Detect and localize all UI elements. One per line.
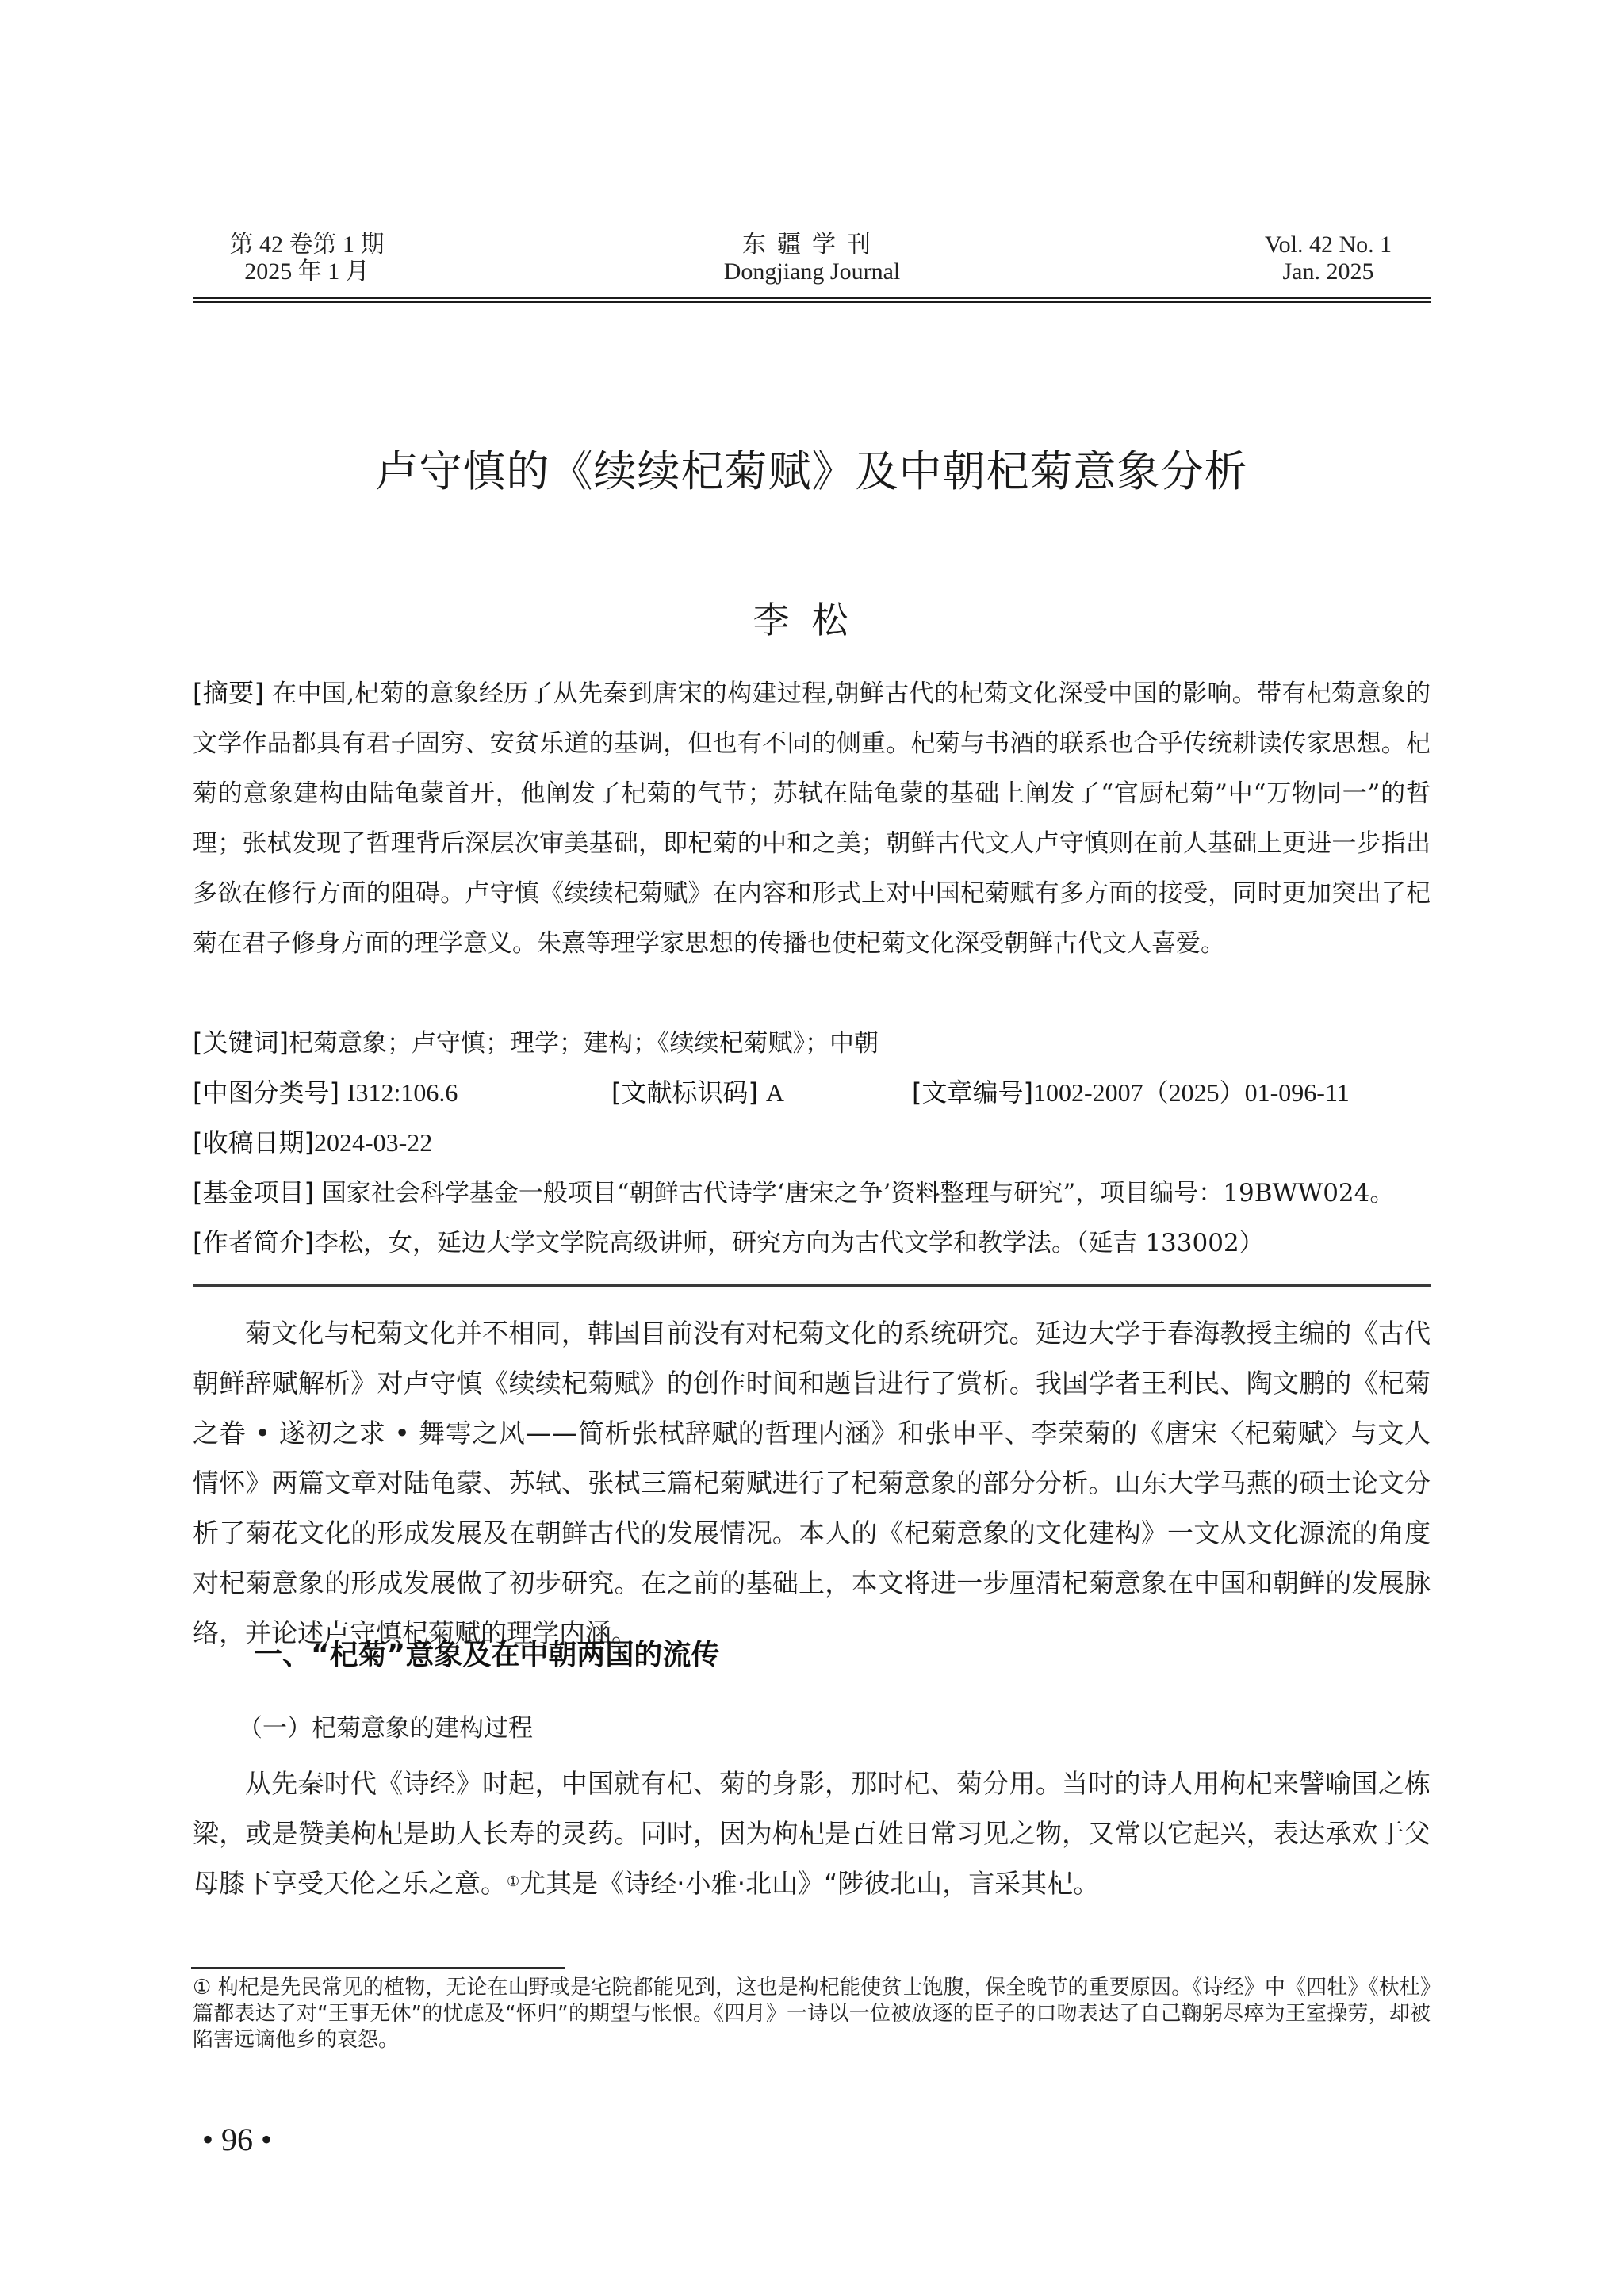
- received-date: [收稿日期]2024-03-22: [193, 1118, 1431, 1169]
- abstract-label: [摘要]: [193, 678, 264, 708]
- header-volume-en: Vol. 42 No. 1: [1237, 232, 1419, 258]
- footnote-rule: [191, 1967, 565, 1969]
- footnote-marker: ①: [193, 1976, 211, 1999]
- header-issue-info: 第 42 卷第 1 期 2025 年 1 月: [208, 232, 406, 285]
- journal-name-cn: 东疆学刊: [653, 232, 971, 258]
- article-title: 卢守慎的《续续杞菊赋》及中朝杞菊意象分析: [193, 444, 1431, 499]
- received-label: [收稿日期]: [193, 1127, 314, 1158]
- fund-text: 国家社会科学基金一般项目“朝鲜古代诗学‘唐宋之争’资料整理与研究”，项目编号：1…: [322, 1179, 1395, 1207]
- fund-label: [基金项目]: [193, 1177, 314, 1207]
- footnote-1: ① 枸杞是先民常见的植物，无论在山野或是宅院都能见到，这也是枸杞能使贫士饱腹，保…: [193, 1975, 1431, 2053]
- header-date-cn: 2025 年 1 月: [208, 258, 406, 285]
- header-rule-thin: [193, 301, 1431, 303]
- received-value: 2024-03-22: [314, 1128, 432, 1157]
- author-bio: [作者简介]李松，女，延边大学文学院高级讲师，研究方向为古代文学和教学法。（延吉…: [193, 1218, 1431, 1269]
- doc-code-value: A: [766, 1078, 784, 1107]
- header-journal-name: 东疆学刊 Dongjiang Journal: [653, 232, 971, 285]
- page-number: • 96 •: [202, 2122, 272, 2158]
- doc-code-field: [文献标识码] A: [611, 1068, 784, 1119]
- abstract-separator: [193, 1284, 1431, 1287]
- intro-paragraph: 菊文化与杞菊文化并不相同，韩国目前没有对杞菊文化的系统研究。延边大学于春海教授主…: [193, 1308, 1431, 1658]
- body-paragraph-2: 从先秦时代《诗经》时起，中国就有杞、菊的身影，那时杞、菊分用。当时的诗人用枸杞来…: [193, 1758, 1431, 1908]
- abstract-text: 在中国,杞菊的意象经历了从先秦到唐宋的构建过程,朝鲜古代的杞菊文化深受中国的影响…: [193, 679, 1431, 958]
- fund-info: [基金项目] 国家社会科学基金一般项目“朝鲜古代诗学‘唐宋之争’资料整理与研究”…: [193, 1168, 1431, 1219]
- clc-label: [中图分类号]: [193, 1077, 339, 1108]
- para2-text-b: 尤其是《诗经·小雅·北山》“陟彼北山，言采其杞。: [519, 1868, 1099, 1899]
- footnote-ref-1[interactable]: ①: [507, 1873, 519, 1890]
- journal-name-en: Dongjiang Journal: [653, 258, 971, 285]
- keywords-text: 杞菊意象；卢守慎；理学；建构；《续续杞菊赋》；中朝: [289, 1029, 879, 1058]
- header-rule-thick: [193, 297, 1431, 299]
- keywords: [关键词]杞菊意象；卢守慎；理学；建构；《续续杞菊赋》；中朝: [193, 1018, 1431, 1069]
- doc-code-label: [文献标识码]: [611, 1077, 758, 1108]
- article-author: 李松: [193, 596, 1431, 644]
- subsection-heading-1: （一）杞菊意象的建构过程: [238, 1709, 533, 1748]
- article-no-value: 1002-2007（2025）01-096-11: [1033, 1078, 1350, 1107]
- bio-label: [作者简介]: [193, 1227, 314, 1257]
- header-volume-issue: 第 42 卷第 1 期: [208, 232, 406, 258]
- clc-value: I312:106.6: [347, 1078, 458, 1107]
- abstract: [摘要] 在中国,杞菊的意象经历了从先秦到唐宋的构建过程,朝鲜古代的杞菊文化深受…: [193, 668, 1431, 969]
- footnote-text: 枸杞是先民常见的植物，无论在山野或是宅院都能见到，这也是枸杞能使贫士饱腹，保全晚…: [193, 1976, 1431, 2052]
- keywords-label: [关键词]: [193, 1027, 289, 1058]
- header-issue-info-en: Vol. 42 No. 1 Jan. 2025: [1237, 232, 1419, 285]
- clc-field: [中图分类号] I312:106.6: [193, 1068, 458, 1119]
- article-no-label: [文章编号]: [912, 1077, 1033, 1108]
- bio-text: 李松，女，延边大学文学院高级讲师，研究方向为古代文学和教学法。（延吉 13300…: [314, 1229, 1264, 1257]
- header-date-en: Jan. 2025: [1237, 258, 1419, 285]
- article-no-field: [文章编号]1002-2007（2025）01-096-11: [912, 1068, 1350, 1119]
- section-heading-1: 一、“杞菊”意象及在中朝两国的流传: [254, 1633, 719, 1678]
